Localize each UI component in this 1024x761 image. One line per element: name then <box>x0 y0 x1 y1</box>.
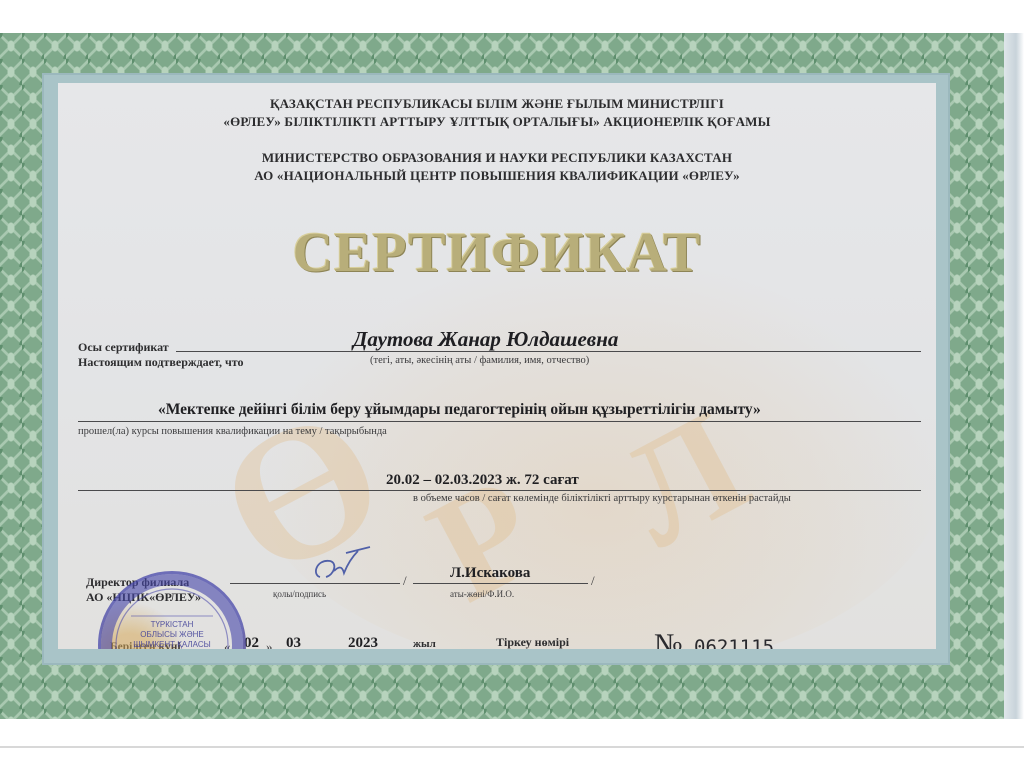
stamp-line-1: ТҮРКІСТАН <box>101 620 243 630</box>
numero-sign: № <box>654 628 683 649</box>
stamp-text: ТҮРКІСТАН ОБЛЫСЫ ЖӘНЕ ШЫМКЕНТ ҚАЛАСЫ БОЙ… <box>101 620 243 649</box>
recipient-label-kz: Осы сертификат <box>78 340 169 355</box>
registration-label-kz: Тіркеу нөмірі <box>496 635 569 649</box>
registration-number: 0621115 <box>694 636 774 649</box>
stamp-line-2: ОБЛЫСЫ ЖӘНЕ <box>101 630 243 640</box>
course-title: «Мектепке дейінгі білім беру ұйымдары пе… <box>158 401 761 419</box>
course-duration: 20.02 – 02.03.2023 ж. 72 сағат <box>386 472 579 489</box>
course-line <box>78 421 921 422</box>
recipient-name: Даутова Жанар Юлдашевна <box>353 327 618 352</box>
certificate-title: СЕРТИФИКАТ <box>58 221 936 285</box>
signatory-name: Л.Искакова <box>450 565 530 582</box>
issue-year: 2023 <box>348 635 378 649</box>
signatory-name-caption: аты-жөні/Ф.И.О. <box>450 589 514 599</box>
signature-caption: қолы/подпись <box>273 589 326 599</box>
signature-icon <box>308 545 388 585</box>
certificate-photo: Ө Р Л ҚАЗАҚСТАН РЕСПУБЛИКАСЫ БІЛІМ ЖӘНЕ … <box>0 33 1004 719</box>
header-russian: МИНИСТЕРСТВО ОБРАЗОВАНИЯ И НАУКИ РЕСПУБЛ… <box>58 149 936 185</box>
certificate-paper: Ө Р Л ҚАЗАҚСТАН РЕСПУБЛИКАСЫ БІЛІМ ЖӘНЕ … <box>58 83 936 649</box>
signature-slash: / <box>403 573 407 589</box>
header-kz-line-1: ҚАЗАҚСТАН РЕСПУБЛИКАСЫ БІЛІМ ЖӘНЕ ҒЫЛЫМ … <box>58 95 936 113</box>
header-kz-line-2: «ӨРЛЕУ» БІЛІКТІЛІКТІ АРТТЫРУ ҰЛТТЫҚ ОРТА… <box>58 113 936 131</box>
recipient-label-ru: Настоящим подтверждает, что <box>78 355 244 370</box>
official-stamp: ТҮРКІСТАН ОБЛЫСЫ ЖӘНЕ ШЫМКЕНТ ҚАЛАСЫ БОЙ… <box>98 571 246 649</box>
signatory-name-line <box>413 583 588 584</box>
header-kazakh: ҚАЗАҚСТАН РЕСПУБЛИКАСЫ БІЛІМ ЖӘНЕ ҒЫЛЫМ … <box>58 95 936 131</box>
date-quote-close: » <box>266 639 273 649</box>
issue-day: 02 <box>244 635 259 649</box>
duration-caption: в объеме часов / сағат көлемінде білікті… <box>413 493 791 504</box>
header-ru-line-1: МИНИСТЕРСТВО ОБРАЗОВАНИЯ И НАУКИ РЕСПУБЛ… <box>58 149 936 167</box>
issue-month: 03 <box>286 635 301 649</box>
course-caption: прошел(ла) курсы повышения квалификации … <box>78 426 387 437</box>
photo-edge <box>1004 33 1024 719</box>
stamp-line-3: ШЫМКЕНТ ҚАЛАСЫ <box>101 640 243 649</box>
header-ru-line-2: АО «НАЦИОНАЛЬНЫЙ ЦЕНТР ПОВЫШЕНИЯ КВАЛИФИ… <box>58 167 936 185</box>
year-label-kz: жыл <box>413 638 436 649</box>
recipient-caption: (тегі, аты, әкесінің аты / фамилия, имя,… <box>370 355 589 366</box>
page-divider <box>0 746 1024 748</box>
duration-line <box>78 490 921 491</box>
signatory-slash: / <box>591 573 595 589</box>
